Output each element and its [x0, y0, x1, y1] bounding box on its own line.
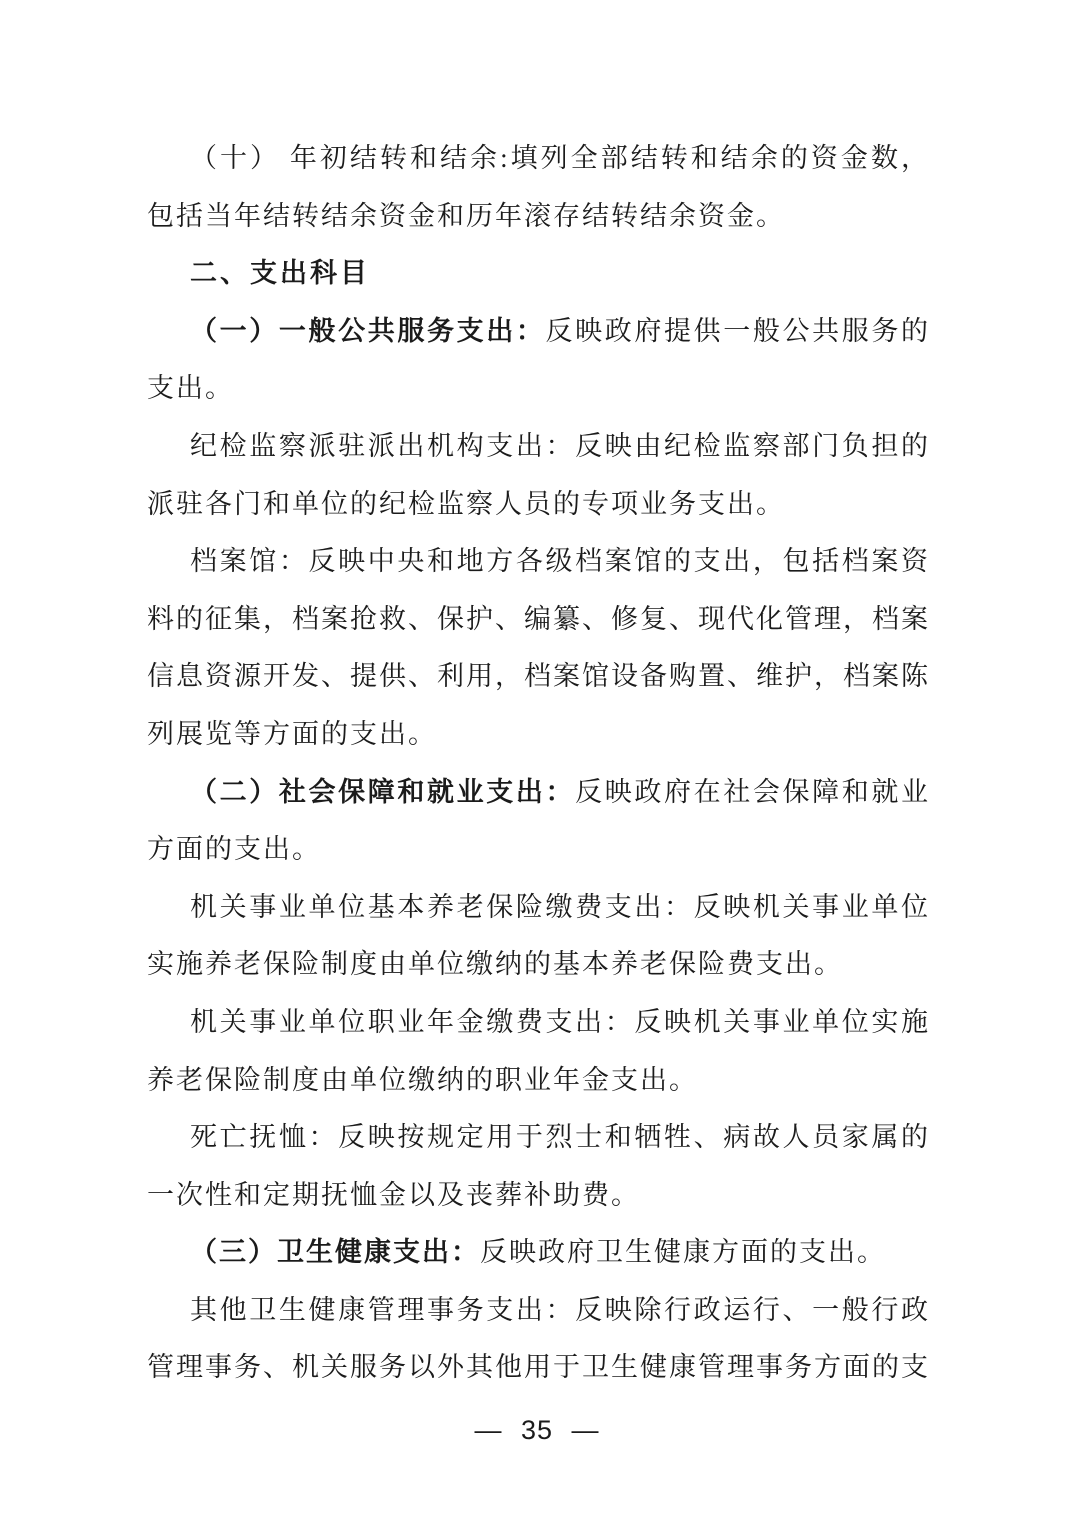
text-segment: 列展览等方面的支出。 [147, 719, 437, 749]
text-segment: 机关事业单位基本养老保险缴费支出：反映机关事业单位 [190, 892, 928, 922]
text-line: 死亡抚恤：反映按规定用于烈士和牺牲、病故人员家属的 [147, 1109, 928, 1167]
text-line: 一次性和定期抚恤金以及丧葬补助费。 [147, 1167, 928, 1225]
document-body: （十） 年初结转和结余:填列全部结转和结余的资金数， 包括当年结转结余资金和历年… [147, 130, 928, 1397]
text-line: 支出。 [147, 360, 928, 418]
text-line: 方面的支出。 [147, 821, 928, 879]
text-segment: 管理事务、机关服务以外其他用于卫生健康管理事务方面的支 [147, 1352, 928, 1382]
text-line: 实施养老保险制度由单位缴纳的基本养老保险费支出。 [147, 936, 928, 994]
text-line: 纪检监察派驻派出机构支出：反映由纪检监察部门负担的 [147, 418, 928, 476]
section-heading-line: 二、支出科目 [147, 245, 928, 303]
text-segment: 反映政府在社会保障和就业 [575, 777, 928, 807]
text-line: 档案馆：反映中央和地方各级档案馆的支出，包括档案资 [147, 533, 928, 591]
text-segment: 养老保险制度由单位缴纳的职业年金支出。 [147, 1065, 698, 1095]
paragraph-occupational-annuity: 机关事业单位职业年金缴费支出：反映机关事业单位实施 养老保险制度由单位缴纳的职业… [147, 994, 928, 1109]
text-segment: 反映政府提供一般公共服务的 [546, 316, 929, 346]
paragraph-archives: 档案馆：反映中央和地方各级档案馆的支出，包括档案资 料的征集，档案抢救、保护、编… [147, 533, 928, 763]
page-footer: — 35 — [0, 1410, 1074, 1450]
paragraph-general-public-services: （一）一般公共服务支出：反映政府提供一般公共服务的 支出。 [147, 303, 928, 418]
text-segment: 信息资源开发、提供、利用，档案馆设备购置、维护，档案陈 [147, 661, 928, 691]
text-segment: 其他卫生健康管理事务支出：反映除行政运行、一般行政 [190, 1295, 928, 1325]
text-segment: 纪检监察派驻派出机构支出：反映由纪检监察部门负担的 [190, 431, 928, 461]
paragraph-basic-pension-contribution: 机关事业单位基本养老保险缴费支出：反映机关事业单位 实施养老保险制度由单位缴纳的… [147, 879, 928, 994]
text-segment: 一次性和定期抚恤金以及丧葬补助费。 [147, 1180, 640, 1210]
paragraph-year-begin-carryover: （十） 年初结转和结余:填列全部结转和结余的资金数， 包括当年结转结余资金和历年… [147, 130, 928, 245]
text-line: （二）社会保障和就业支出：反映政府在社会保障和就业 [147, 764, 928, 822]
text-segment: 方面的支出。 [147, 834, 321, 864]
text-line: 机关事业单位职业年金缴费支出：反映机关事业单位实施 [147, 994, 928, 1052]
text-segment: 死亡抚恤：反映按规定用于烈士和牺牲、病故人员家属的 [190, 1122, 928, 1152]
text-segment: （十） 年初结转和结余:填列全部结转和结余的资金数， [190, 143, 928, 173]
text-segment: 包括当年结转结余资金和历年滚存结转结余资金。 [147, 201, 785, 231]
text-segment: 档案馆：反映中央和地方各级档案馆的支出，包括档案资 [190, 546, 928, 576]
text-segment: 料的征集，档案抢救、保护、编纂、修复、现代化管理，档案 [147, 604, 928, 634]
text-segment: 派驻各门和单位的纪检监察人员的专项业务支出。 [147, 489, 785, 519]
section-heading-expenditure-items: 二、支出科目 [147, 245, 928, 303]
text-segment: 实施养老保险制度由单位缴纳的基本养老保险费支出。 [147, 949, 843, 979]
text-line: 派驻各门和单位的纪检监察人员的专项业务支出。 [147, 476, 928, 534]
text-line: 其他卫生健康管理事务支出：反映除行政运行、一般行政 [147, 1282, 928, 1340]
text-line: 信息资源开发、提供、利用，档案馆设备购置、维护，档案陈 [147, 648, 928, 706]
bold-lead-in: （二）社会保障和就业支出： [190, 777, 575, 807]
text-segment: 反映政府卫生健康方面的支出。 [480, 1237, 886, 1267]
text-line: 列展览等方面的支出。 [147, 706, 928, 764]
text-line: （十） 年初结转和结余:填列全部结转和结余的资金数， [147, 130, 928, 188]
paragraph-death-benefits: 死亡抚恤：反映按规定用于烈士和牺牲、病故人员家属的 一次性和定期抚恤金以及丧葬补… [147, 1109, 928, 1224]
page-number: — 35 — [474, 1415, 599, 1445]
text-line: （一）一般公共服务支出：反映政府提供一般公共服务的 [147, 303, 928, 361]
text-line: 机关事业单位基本养老保险缴费支出：反映机关事业单位 [147, 879, 928, 937]
text-line: 料的征集，档案抢救、保护、编纂、修复、现代化管理，档案 [147, 591, 928, 649]
section-heading-text: 二、支出科目 [190, 258, 370, 288]
bold-lead-in: （三）卫生健康支出： [190, 1237, 480, 1267]
paragraph-other-health-admin: 其他卫生健康管理事务支出：反映除行政运行、一般行政 管理事务、机关服务以外其他用… [147, 1282, 928, 1397]
bold-lead-in: （一）一般公共服务支出： [190, 316, 546, 346]
text-segment: 支出。 [147, 373, 234, 403]
paragraph-health: （三）卫生健康支出：反映政府卫生健康方面的支出。 [147, 1224, 928, 1282]
text-line: 管理事务、机关服务以外其他用于卫生健康管理事务方面的支 [147, 1339, 928, 1397]
text-line: 包括当年结转结余资金和历年滚存结转结余资金。 [147, 188, 928, 246]
paragraph-discipline-inspection: 纪检监察派驻派出机构支出：反映由纪检监察部门负担的 派驻各门和单位的纪检监察人员… [147, 418, 928, 533]
document-page: （十） 年初结转和结余:填列全部结转和结余的资金数， 包括当年结转结余资金和历年… [0, 0, 1074, 1520]
text-line: （三）卫生健康支出：反映政府卫生健康方面的支出。 [147, 1224, 928, 1282]
paragraph-social-security-employment: （二）社会保障和就业支出：反映政府在社会保障和就业 方面的支出。 [147, 764, 928, 879]
text-line: 养老保险制度由单位缴纳的职业年金支出。 [147, 1052, 928, 1110]
text-segment: 机关事业单位职业年金缴费支出：反映机关事业单位实施 [190, 1007, 928, 1037]
